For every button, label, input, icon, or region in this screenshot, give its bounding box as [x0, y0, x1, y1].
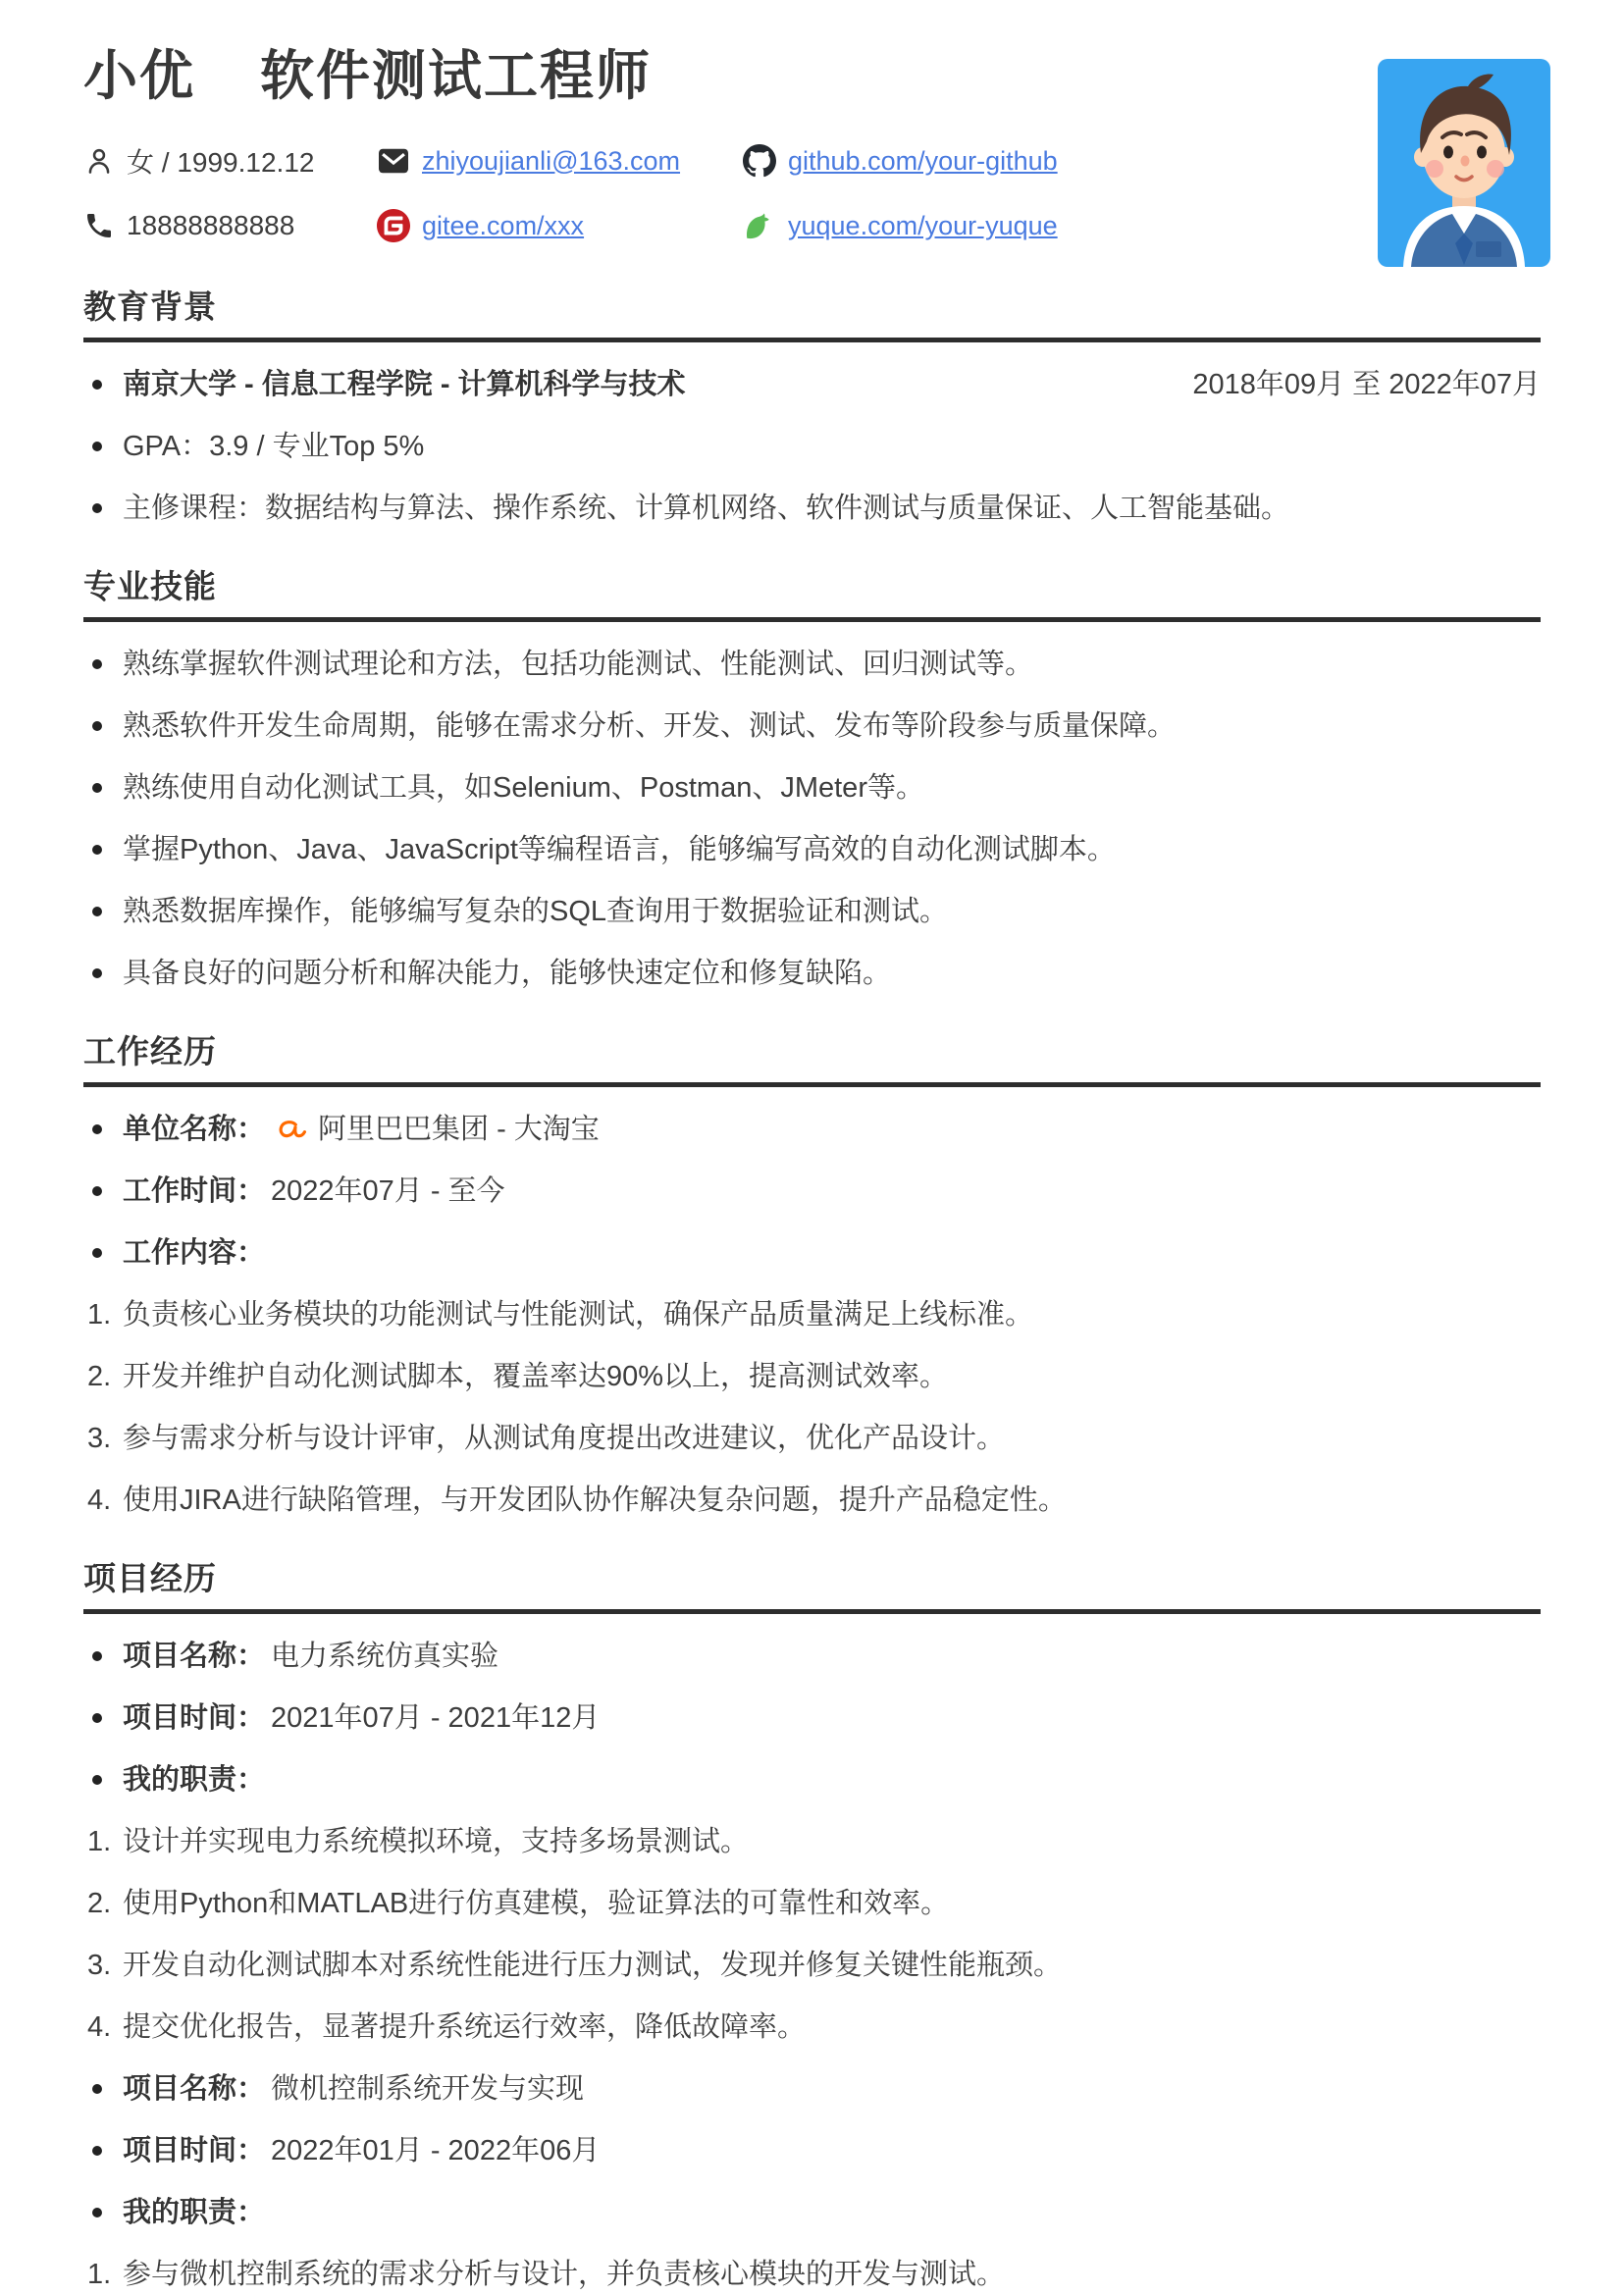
yuque-icon	[743, 209, 776, 242]
project-period-row: 项目时间：2021年07月 - 2021年12月	[83, 1699, 1541, 1737]
skill-item: 熟悉软件开发生命周期，能够在需求分析、开发、测试、发布等阶段参与质量保障。	[83, 707, 1541, 745]
project-duty-label-row: 我的职责：	[83, 2194, 1541, 2231]
person-icon	[83, 145, 115, 177]
project-name: 电力系统仿真实验	[271, 1641, 498, 1672]
education-school: 南京大学 - 信息工程学院 - 计算机科学与技术	[123, 369, 686, 400]
resume-page: 小优软件测试工程师 女	[0, 0, 1624, 2295]
work-period: 2022年07月 - 至今	[271, 1175, 505, 1207]
project-period: 2022年01月 - 2022年06月	[271, 2135, 600, 2166]
work-duty-item: 使用JIRA进行缺陷管理，与开发团队协作解决复杂问题，提升产品稳定性。	[83, 1482, 1541, 1519]
project-duty-item: 参与微机控制系统的需求分析与设计，并负责核心模块的开发与测试。	[83, 2256, 1541, 2293]
skill-item: 熟练使用自动化测试工具，如Selenium、Postman、JMeter等。	[83, 769, 1541, 807]
project-period: 2021年07月 - 2021年12月	[271, 1702, 600, 1734]
section-education: 教育背景 南京大学 - 信息工程学院 - 计算机科学与技术 2018年09月 至…	[83, 285, 1541, 527]
section-title-projects: 项目经历	[83, 1556, 1541, 1601]
work-company-label: 单位名称：	[123, 1114, 265, 1145]
project-entry: 项目名称：微机控制系统开发与实现 项目时间：2022年01月 - 2022年06…	[83, 2070, 1541, 2231]
work-content-label: 工作内容：	[123, 1237, 265, 1269]
project-name-row: 项目名称：微机控制系统开发与实现	[83, 2070, 1541, 2108]
section-projects: 项目经历 项目名称：电力系统仿真实验 项目时间：2021年07月 - 2021年…	[83, 1556, 1541, 2293]
avatar-illustration	[1378, 59, 1550, 267]
education-courses: 主修课程：数据结构与算法、操作系统、计算机网络、软件测试与质量保证、人工智能基础…	[83, 490, 1541, 527]
project-period-label: 项目时间：	[123, 2135, 265, 2166]
section-title-work: 工作经历	[83, 1029, 1541, 1074]
job-title: 软件测试工程师	[260, 45, 652, 106]
contact-gitee: gitee.com/xxx	[377, 204, 743, 247]
education-date-range: 2018年09月 至 2022年07月	[1192, 366, 1541, 403]
skill-item: 具备良好的问题分析和解决能力，能够快速定位和修复缺陷。	[83, 955, 1541, 992]
project-period-label: 项目时间：	[123, 1702, 265, 1734]
project-duty-item: 设计并实现电力系统模拟环境，支持多场景测试。	[83, 1823, 1541, 1860]
section-skills: 专业技能 熟练掌握软件测试理论和方法，包括功能测试、性能测试、回归测试等。 熟悉…	[83, 564, 1541, 992]
project-duty-label: 我的职责：	[123, 2197, 265, 2228]
alibaba-icon	[275, 1117, 310, 1144]
work-duty-item: 开发并维护自动化测试脚本，覆盖率达90%以上，提高测试效率。	[83, 1358, 1541, 1395]
yuque-link[interactable]: yuque.com/your-yuque	[788, 211, 1058, 241]
project-duty-label-row: 我的职责：	[83, 1761, 1541, 1799]
gitee-link[interactable]: gitee.com/xxx	[422, 211, 584, 241]
section-rule	[83, 338, 1541, 342]
github-link[interactable]: github.com/your-github	[788, 146, 1058, 177]
github-icon	[743, 144, 776, 178]
work-company: 阿里巴巴集团 - 大淘宝	[318, 1114, 600, 1145]
skill-item: 熟练掌握软件测试理论和方法，包括功能测试、性能测试、回归测试等。	[83, 646, 1541, 683]
candidate-name: 小优	[83, 45, 195, 106]
section-title-skills: 专业技能	[83, 564, 1541, 609]
work-period-row: 工作时间：2022年07月 - 至今	[83, 1173, 1541, 1210]
gender-birth-text: 女 / 1999.12.12	[127, 141, 314, 181]
phone-text: 18888888888	[127, 210, 294, 241]
project-duties-list: 设计并实现电力系统模拟环境，支持多场景测试。 使用Python和MATLAB进行…	[83, 1823, 1541, 2046]
profile-photo	[1378, 59, 1550, 267]
work-duties-list: 负责核心业务模块的功能测试与性能测试，确保产品质量满足上线标准。 开发并维护自动…	[83, 1296, 1541, 1519]
section-title-education: 教育背景	[83, 285, 1541, 330]
section-work: 工作经历 单位名称：阿里巴巴集团 - 大淘宝 工作时间：2022年07月 - 至…	[83, 1029, 1541, 1519]
section-rule	[83, 1609, 1541, 1614]
contact-email: zhiyoujianli@163.com	[377, 139, 743, 183]
project-name: 微机控制系统开发与实现	[271, 2073, 584, 2105]
work-duty-item: 参与需求分析与设计评审，从测试角度提出改进建议，优化产品设计。	[83, 1420, 1541, 1457]
section-rule	[83, 1082, 1541, 1087]
project-duty-item: 提交优化报告，显著提升系统运行效率，降低故障率。	[83, 2008, 1541, 2046]
project-entry: 项目名称：电力系统仿真实验 项目时间：2021年07月 - 2021年12月 我…	[83, 1638, 1541, 1799]
skill-item: 掌握Python、Java、JavaScript等编程语言，能够编写高效的自动化…	[83, 831, 1541, 868]
section-rule	[83, 617, 1541, 622]
work-company-row: 单位名称：阿里巴巴集团 - 大淘宝	[83, 1111, 1541, 1148]
work-content-row: 工作内容：	[83, 1234, 1541, 1272]
project-duty-item: 使用Python和MATLAB进行仿真建模，验证算法的可靠性和效率。	[83, 1885, 1541, 1922]
contact-phone: 18888888888	[83, 204, 377, 247]
education-gpa: GPA：3.9 / 专业Top 5%	[83, 428, 1541, 465]
gitee-icon	[377, 209, 410, 242]
project-name-row: 项目名称：电力系统仿真实验	[83, 1638, 1541, 1675]
skill-item: 熟悉数据库操作，能够编写复杂的SQL查询用于数据验证和测试。	[83, 893, 1541, 930]
contact-gender-birth: 女 / 1999.12.12	[83, 139, 377, 183]
contact-block: 女 / 1999.12.12 zhiyoujianli@163.com gith…	[83, 139, 1541, 247]
project-duties-list: 参与微机控制系统的需求分析与设计，并负责核心模块的开发与测试。	[83, 2256, 1541, 2293]
project-duty-item: 开发自动化测试脚本对系统性能进行压力测试，发现并修复关键性能瓶颈。	[83, 1947, 1541, 1984]
education-school-row: 南京大学 - 信息工程学院 - 计算机科学与技术 2018年09月 至 2022…	[83, 366, 1541, 403]
project-name-label: 项目名称：	[123, 1641, 265, 1672]
project-period-row: 项目时间：2022年01月 - 2022年06月	[83, 2132, 1541, 2169]
project-duty-label: 我的职责：	[123, 1764, 265, 1796]
header-name-title: 小优软件测试工程师	[83, 45, 1541, 106]
email-link[interactable]: zhiyoujianli@163.com	[422, 146, 680, 177]
work-duty-item: 负责核心业务模块的功能测试与性能测试，确保产品质量满足上线标准。	[83, 1296, 1541, 1333]
phone-icon	[83, 210, 115, 241]
work-period-label: 工作时间：	[123, 1175, 265, 1207]
mail-icon	[377, 146, 410, 176]
project-name-label: 项目名称：	[123, 2073, 265, 2105]
